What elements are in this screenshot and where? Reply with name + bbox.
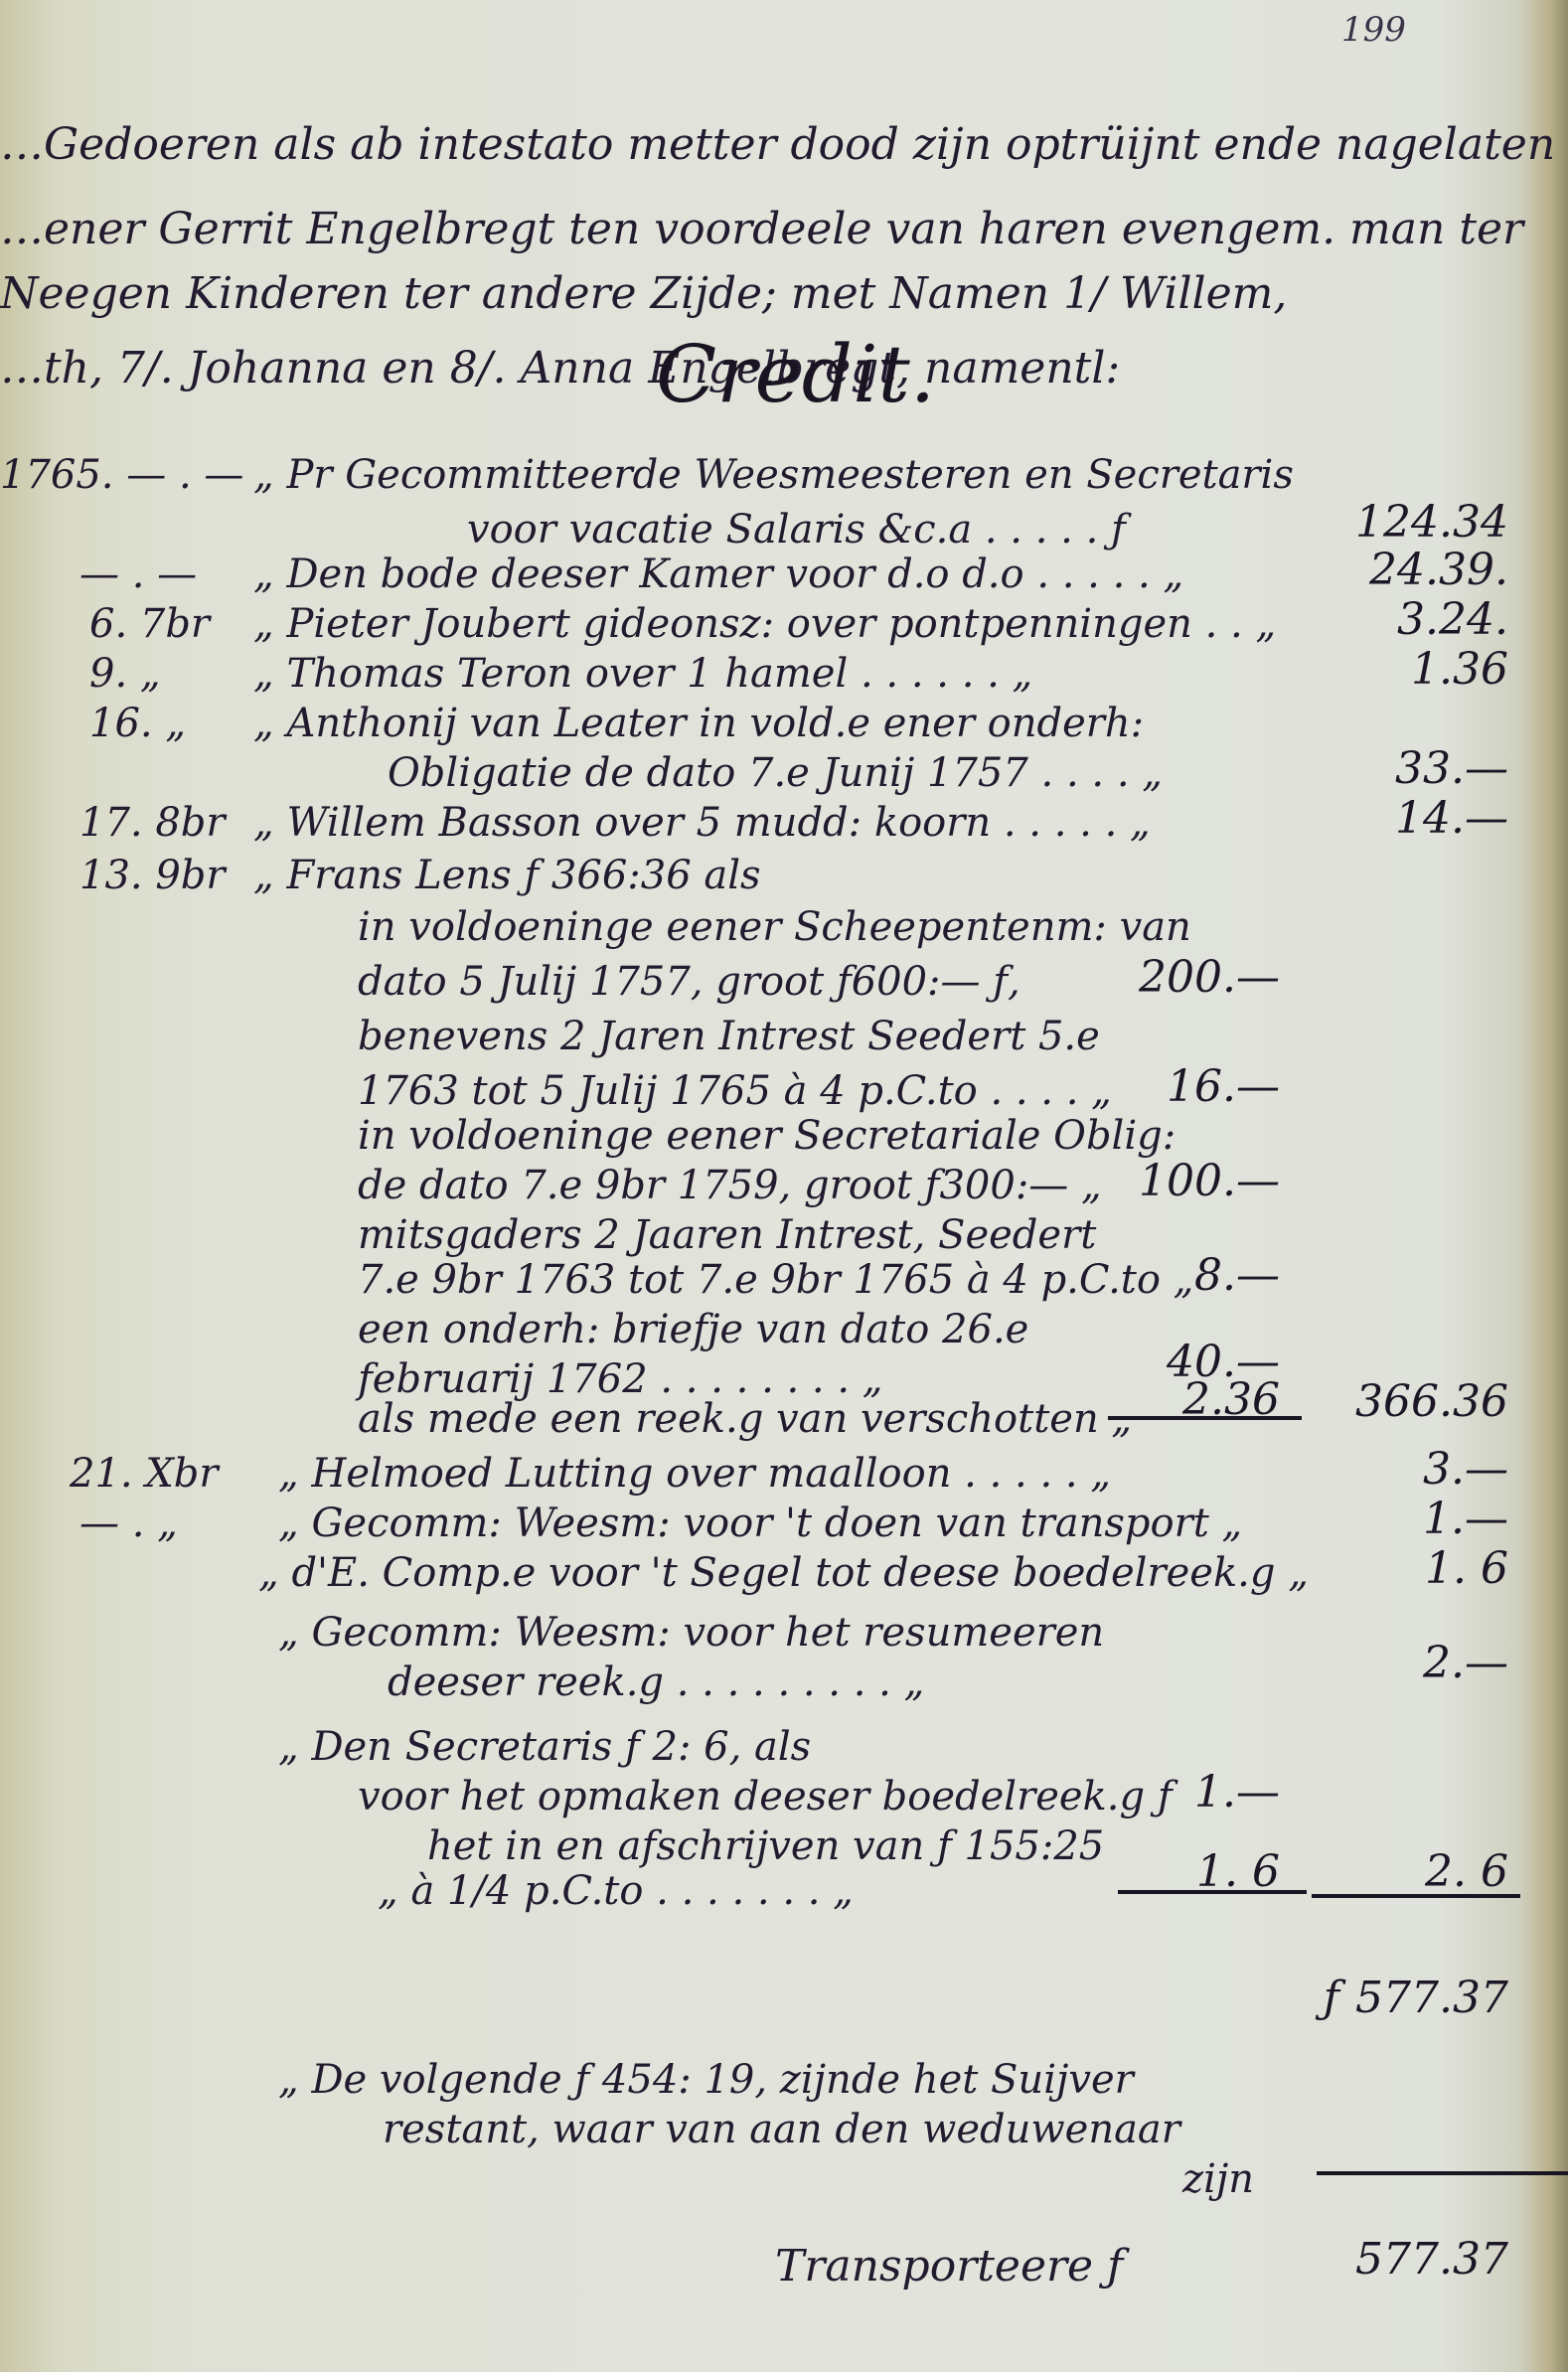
entry-text: „ Gecomm: Weesm: voor 't doen van transp…	[278, 1501, 1242, 1546]
sub-entry-amount: 100.—	[1139, 1156, 1280, 1206]
sub-entry-amount: 1.—	[1194, 1767, 1280, 1818]
entry-text: deeser reek.g . . . . . . . . . „	[388, 1660, 924, 1705]
total-amount: 577.37	[1355, 1973, 1508, 2023]
entry-text: „ Den Secretaris ƒ 2: 6, als	[278, 1724, 811, 1770]
entry-text: „ d'E. Comp.e voor 't Segel tot deese bo…	[258, 1550, 1309, 1596]
page-number: 199	[1341, 10, 1406, 50]
entry-date: 13. 9br	[79, 853, 226, 898]
entry-date: — . —	[79, 552, 197, 597]
entry-text: voor vacatie Salaris &c.a . . . . . ƒ	[467, 507, 1126, 553]
entry-amount: 3.—	[1423, 1444, 1508, 1495]
sub-entry-text: als mede een reek.g van verschotten „	[358, 1396, 1132, 1442]
closing-line: zijn	[1182, 2156, 1254, 2202]
subtotal-amount: 2. 6	[1425, 1846, 1508, 1897]
header-line: …ener Gerrit Engelbregt ten voordeele va…	[0, 204, 1523, 254]
entry-amount: 1. 6	[1425, 1543, 1508, 1594]
closing-line: „ De volgende ƒ 454: 19, zijnde het Suij…	[278, 2057, 1134, 2103]
entry-amount: 14.—	[1395, 793, 1508, 844]
sub-entry-text: dato 5 Julij 1757, groot ƒ600:— ƒ,	[358, 959, 1020, 1005]
entry-text: „ Frans Lens ƒ 366:36 als	[253, 853, 761, 898]
sub-entry-text: het in en afschrijven van ƒ 155:25	[427, 1823, 1104, 1869]
entry-amount: 24.39.	[1369, 545, 1508, 595]
sub-entry-text: „ à 1/4 p.C.to . . . . . . . „	[378, 1868, 854, 1914]
subtotal-amount: 366.36	[1355, 1376, 1508, 1427]
entry-amount: 3.24.	[1397, 594, 1508, 645]
entry-text: „ Pieter Joubert gideonsz: over pontpenn…	[253, 601, 1276, 647]
entry-text: „ Willem Basson over 5 mudd: koorn . . .…	[253, 800, 1151, 846]
entry-amount: 1.—	[1423, 1494, 1508, 1544]
sub-entry-amount: 16.—	[1167, 1061, 1280, 1112]
entry-amount: 2.—	[1423, 1638, 1508, 1688]
entry-amount: 124.34	[1355, 497, 1508, 548]
closing-rule	[1317, 2171, 1568, 2175]
subtotal-rule	[1108, 1416, 1302, 1420]
sub-entry-text: in voldoeninge eener Scheepentenm: van	[358, 904, 1191, 950]
sub-entry-text: voor het opmaken deeser boedelreek.g ƒ	[358, 1774, 1173, 1819]
transport-total: 577.37	[1355, 2234, 1508, 2285]
subtotal-rule	[1312, 1894, 1520, 1898]
transport-label: Transporteere ƒ	[775, 2241, 1123, 2292]
entry-date: 6. 7br	[89, 601, 210, 647]
entry-date: — . „	[79, 1501, 178, 1546]
sub-entry-text: in voldoeninge eener Secretariale Oblig:	[358, 1113, 1176, 1159]
header-line: …Gedoeren als ab intestato metter dood z…	[0, 119, 1555, 170]
sub-entry-amount: 8.—	[1194, 1250, 1280, 1301]
sub-entry-text: een onderh: briefje van dato 26.e	[358, 1307, 1028, 1352]
sub-entry-text: 7.e 9br 1763 tot 7.e 9br 1765 à 4 p.C.to…	[358, 1257, 1193, 1303]
entry-date: 21. Xbr	[70, 1451, 219, 1497]
subtotal-rule	[1118, 1890, 1307, 1894]
page-title: Credit.	[656, 328, 935, 420]
entry-amount: 1.36	[1411, 644, 1508, 695]
entry-date: 16. „	[89, 701, 186, 746]
header-line: …th, 7/. Johanna en 8/. Anna Engelbregt,…	[0, 343, 1120, 394]
sub-entry-text: benevens 2 Jaren Intrest Seedert 5.e	[358, 1014, 1100, 1059]
ledger-page: 199 …Gedoeren als ab intestato metter do…	[0, 0, 1568, 2372]
entry-amount: 33.—	[1395, 743, 1508, 794]
entry-text: „ Anthonij van Leater in vold.e ener ond…	[253, 701, 1144, 746]
entry-date: 1765. — . —	[0, 452, 243, 498]
entry-text: „ Den bode deeser Kamer voor d.o d.o . .…	[253, 552, 1183, 597]
sub-entry-text: de dato 7.e 9br 1759, groot ƒ300:— „	[358, 1163, 1102, 1208]
entry-text: „ Pr Gecommitteerde Weesmeesteren en Sec…	[253, 452, 1294, 498]
sub-entry-text: 1763 tot 5 Julij 1765 à 4 p.C.to . . . .…	[358, 1068, 1112, 1114]
entry-date: 17. 8br	[79, 800, 226, 846]
sub-entry-amount: 200.—	[1139, 952, 1280, 1003]
entry-text: „ Gecomm: Weesm: voor het resumeeren	[278, 1610, 1104, 1656]
closing-line: restant, waar van aan den weduwenaar	[383, 2107, 1180, 2152]
header-line: Neegen Kinderen ter andere Zijde; met Na…	[0, 268, 1287, 319]
total-currency: ƒ	[1324, 1973, 1339, 2023]
sub-entry-text: mitsgaders 2 Jaaren Intrest, Seedert	[358, 1212, 1096, 1258]
entry-text: „ Thomas Teron over 1 hamel . . . . . . …	[253, 651, 1032, 697]
entry-text: Obligatie de dato 7.e Junij 1757 . . . .…	[388, 750, 1163, 796]
entry-text: „ Helmoed Lutting over maalloon . . . . …	[278, 1451, 1111, 1497]
entry-date: 9. „	[89, 651, 161, 697]
